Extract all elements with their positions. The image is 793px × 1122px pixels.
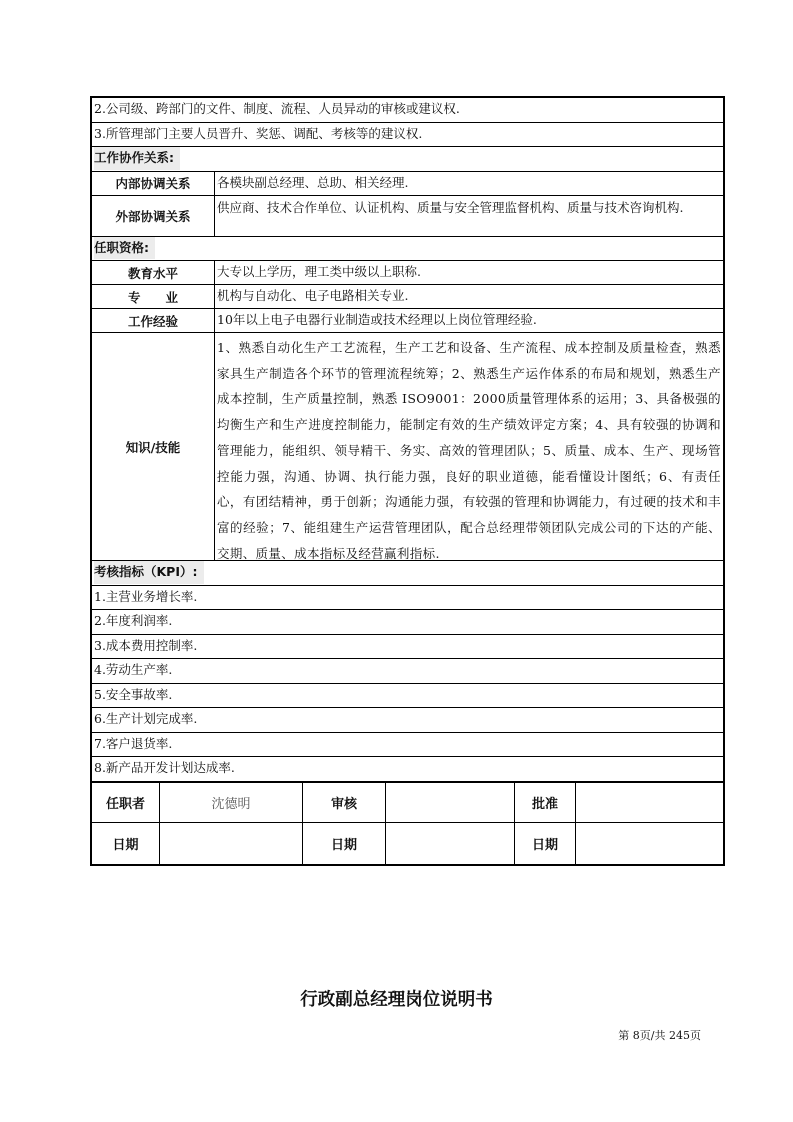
kpi-row: 7.客户退货率. [92, 733, 723, 758]
kpi-row: 1.主营业务增长率. [92, 586, 723, 611]
kpi-row: 6.生产计划完成率. [92, 708, 723, 733]
review-field[interactable] [386, 783, 515, 822]
page-number: 第 8页/共 245页 [618, 1027, 701, 1043]
section-title: 考核指标（KPI）: [94, 561, 204, 584]
kpi-item: 2.年度利润率. [92, 610, 174, 634]
row-label: 外部协调关系 [92, 196, 215, 236]
section-title: 任职资格: [94, 237, 155, 260]
date-label: 日期 [303, 823, 386, 864]
major-row: 专 业 机构与自动化、电子电路相关专业. [92, 285, 723, 309]
authority-row: 3.所管理部门主要人员晋升、奖惩、调配、考核等的建议权. [92, 123, 723, 148]
signoff-row-2: 日期 日期 日期 [92, 823, 723, 864]
row-value: 供应商、技术合作单位、认证机构、质量与安全管理监督机构、质量与技术咨询机构. [215, 196, 723, 236]
kpi-item: 3.成本费用控制率. [92, 635, 199, 659]
review-label: 审核 [303, 783, 386, 822]
row-label: 知识/技能 [92, 333, 215, 560]
kpi-item: 8.新产品开发计划达成率. [92, 757, 237, 781]
approve-date-field[interactable] [576, 823, 723, 864]
row-value: 10年以上电子电器行业制造或技术经理以上岗位管理经验. [215, 309, 723, 332]
row-label: 专 业 [92, 285, 215, 308]
authority-row: 2.公司级、跨部门的文件、制度、流程、人员异动的审核或建议权. [92, 98, 723, 123]
holder-label: 任职者 [92, 783, 160, 822]
approve-field[interactable] [576, 783, 723, 822]
internal-coordination-row: 内部协调关系 各模块副总经理、总助、相关经理. [92, 172, 723, 196]
signoff-block: 任职者 沈德明 审核 批准 日期 日期 日期 [92, 782, 723, 864]
row-label: 工作经验 [92, 309, 215, 332]
section-header-qualifications: 任职资格: [92, 237, 723, 262]
row-value: 机构与自动化、电子电路相关专业. [215, 285, 723, 308]
knowledge-skills-row: 知识/技能 1、熟悉自动化生产工艺流程，生产工艺和设备、生产流程、成本控制及质量… [92, 333, 723, 561]
kpi-row: 2.年度利润率. [92, 610, 723, 635]
experience-row: 工作经验 10年以上电子电器行业制造或技术经理以上岗位管理经验. [92, 309, 723, 333]
next-document-title: 行政副总经理岗位说明书 [0, 986, 793, 1011]
authority-item: 2.公司级、跨部门的文件、制度、流程、人员异动的审核或建议权. [92, 98, 462, 122]
kpi-item: 4.劳动生产率. [92, 659, 174, 683]
review-date-field[interactable] [386, 823, 515, 864]
row-label: 内部协调关系 [92, 172, 215, 195]
kpi-row: 5.安全事故率. [92, 684, 723, 709]
holder-name-field[interactable]: 沈德明 [160, 783, 303, 822]
row-label: 教育水平 [92, 261, 215, 284]
row-value: 1、熟悉自动化生产工艺流程，生产工艺和设备、生产流程、成本控制及质量检查，熟悉家… [215, 333, 723, 560]
kpi-item: 5.安全事故率. [92, 684, 174, 708]
holder-date-field[interactable] [160, 823, 303, 864]
section-header-cooperation: 工作协作关系: [92, 147, 723, 172]
row-value: 大专以上学历，理工类中级以上职称. [215, 261, 723, 284]
external-coordination-row: 外部协调关系 供应商、技术合作单位、认证机构、质量与安全管理监督机构、质量与技术… [92, 196, 723, 237]
approve-label: 批准 [515, 783, 576, 822]
row-value: 各模块副总经理、总助、相关经理. [215, 172, 723, 195]
job-description-table: 2.公司级、跨部门的文件、制度、流程、人员异动的审核或建议权. 3.所管理部门主… [90, 96, 725, 866]
authority-item: 3.所管理部门主要人员晋升、奖惩、调配、考核等的建议权. [92, 123, 424, 147]
kpi-row: 3.成本费用控制率. [92, 635, 723, 660]
section-title: 工作协作关系: [94, 147, 180, 170]
kpi-item: 1.主营业务增长率. [92, 586, 199, 610]
kpi-row: 8.新产品开发计划达成率. [92, 757, 723, 782]
education-row: 教育水平 大专以上学历，理工类中级以上职称. [92, 261, 723, 285]
signoff-row-1: 任职者 沈德明 审核 批准 [92, 782, 723, 823]
date-label: 日期 [92, 823, 160, 864]
kpi-row: 4.劳动生产率. [92, 659, 723, 684]
kpi-item: 7.客户退货率. [92, 733, 174, 757]
date-label: 日期 [515, 823, 576, 864]
kpi-item: 6.生产计划完成率. [92, 708, 199, 732]
